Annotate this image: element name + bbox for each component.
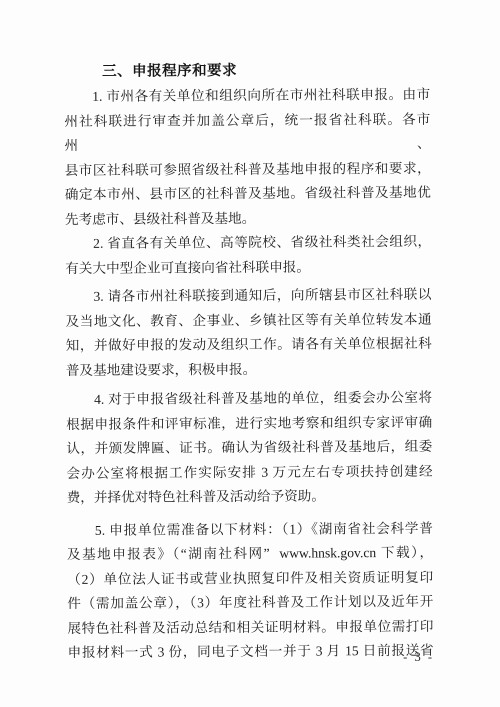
text-line: 会办公室将根据工作实际安排 3 万元左右专项扶持创建经	[66, 459, 432, 486]
text-line: 展特色社科普及活动总结和相关证明材料。申报单位需打印	[67, 614, 433, 641]
text-line: 根据申报条件和评审标准，进行实地考察和组织专家评审确	[66, 410, 432, 437]
text-line: 有关大中型企业可直接向省社科联申报。	[65, 254, 431, 281]
text-line: 知，并做好申报的发动及组织工作。请各有关单位根据社科	[66, 332, 432, 359]
text-line: 普及基地建设要求，积极申报。	[66, 356, 432, 383]
page-number: - 3 -	[403, 650, 434, 665]
text-line: 4. 对于申报省级社科普及基地的单位，组委会办公室将	[66, 386, 432, 413]
paragraph-2: 2. 省直各有关单位、高等院校、省级社科类社会组织， 有关大中型企业可直接向省社…	[65, 230, 431, 281]
section-heading: 三、申报程序和要求	[64, 58, 430, 85]
text-line: 先考虑市、县级社科普及基地。	[65, 205, 431, 232]
text-line: 件（需加盖公章），（3）年度社科普及工作计划以及近年开	[67, 590, 433, 617]
text-line: 确定本市州、县市区的社科普及基地。省级社科普及基地优	[65, 181, 431, 208]
text-line: 及当地文化、教育、企事业、乡镇社区等有关单位转发本通	[66, 307, 432, 334]
document-content: 三、申报程序和要求 1. 市州各有关单位和组织向所在市州社科联申报。由市 州社科…	[64, 58, 434, 666]
paragraph-5: 5. 申报单位需准备以下材料：（1）《湖南省社会科学普 及基地申报表》（“湖南社…	[67, 516, 434, 665]
text-line: 5. 申报单位需准备以下材料：（1）《湖南省社会科学普	[67, 516, 433, 543]
paragraph-3: 3. 请各市州社科联接到通知后，向所辖县市区社科联以 及当地文化、教育、企事业、…	[65, 283, 432, 383]
paragraph-4: 4. 对于申报省级社科普及基地的单位，组委会办公室将 根据申报条件和评审标准，进…	[66, 386, 433, 511]
text-line: 州社科联进行审查并加盖公章后，统一报省社科联。各市州、	[64, 107, 430, 158]
text-line: 申报材料一式 3 份，同电子文档一并于 3 月 15 日前报送省	[68, 639, 434, 666]
document-page: 三、申报程序和要求 1. 市州各有关单位和组织向所在市州社科联申报。由市 州社科…	[0, 0, 500, 707]
text-line: 认，并颁发牌匾、证书。确认为省级社科普及基地后，组委	[66, 435, 432, 462]
text-line: 1. 市州各有关单位和组织向所在市州社科联申报。由市	[64, 83, 430, 110]
text-line: 3. 请各市州社科联接到通知后，向所辖县市区社科联以	[65, 283, 431, 310]
text-line: （2）单位法人证书或营业执照复印件及相关资质证明复印	[67, 565, 433, 592]
text-line: 县市区社科联可参照省级社科普及基地申报的程序和要求，	[65, 156, 431, 183]
text-line: 费，并择优对特色社科普及活动给予资助。	[67, 484, 433, 511]
text-line: 及基地申报表》（“湖南社科网” www.hnsk.gov.cn 下载），	[67, 541, 433, 568]
paragraph-1: 1. 市州各有关单位和组织向所在市州社科联申报。由市 州社科联进行审查并加盖公章…	[64, 83, 431, 232]
text-line: 2. 省直各有关单位、高等院校、省级社科类社会组织，	[65, 230, 431, 257]
